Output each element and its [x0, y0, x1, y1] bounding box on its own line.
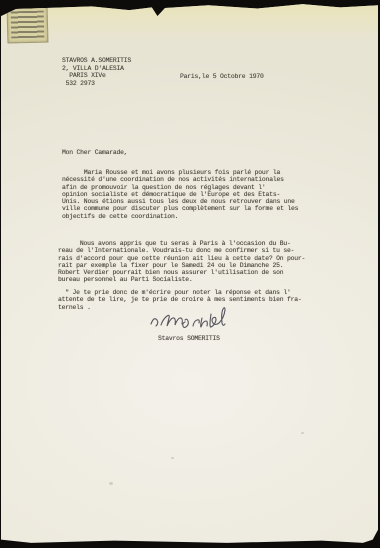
sender-address-block: STAVROS A.SOMERITIS 2, VILLA D'ALESIA PA…	[62, 57, 131, 88]
paper-speck	[109, 482, 113, 485]
sender-line: STAVROS A.SOMERITIS	[62, 57, 131, 64]
letter-paragraph-2: Nous avons appris que tu seras à Paris à…	[58, 240, 342, 284]
sender-line: 532 2973	[62, 80, 95, 87]
handwritten-signature	[147, 304, 233, 336]
letter-paper: STAVROS A.SOMERITIS 2, VILLA D'ALESIA PA…	[1, 2, 378, 545]
letter-paragraph-1: Maria Rousse et moi avons plusieurs fois…	[62, 169, 340, 220]
stamp-text-lines	[11, 11, 45, 39]
dateline: Paris,le 5 Octobre 1970	[180, 73, 264, 80]
paper-speck	[171, 457, 174, 459]
typed-signature-name: Stavros SOMERITIS	[158, 335, 220, 342]
paper-speck	[301, 432, 304, 434]
sender-line: PARIS XIVe	[62, 72, 106, 79]
sender-line: 2, VILLA D'ALESIA	[62, 65, 124, 72]
archive-stamp-icon	[7, 5, 49, 43]
salutation: Mon Cher Camarade,	[62, 149, 127, 156]
aged-paper-tint	[1, 2, 378, 42]
scanned-letter-photo: STAVROS A.SOMERITIS 2, VILLA D'ALESIA PA…	[0, 0, 380, 548]
